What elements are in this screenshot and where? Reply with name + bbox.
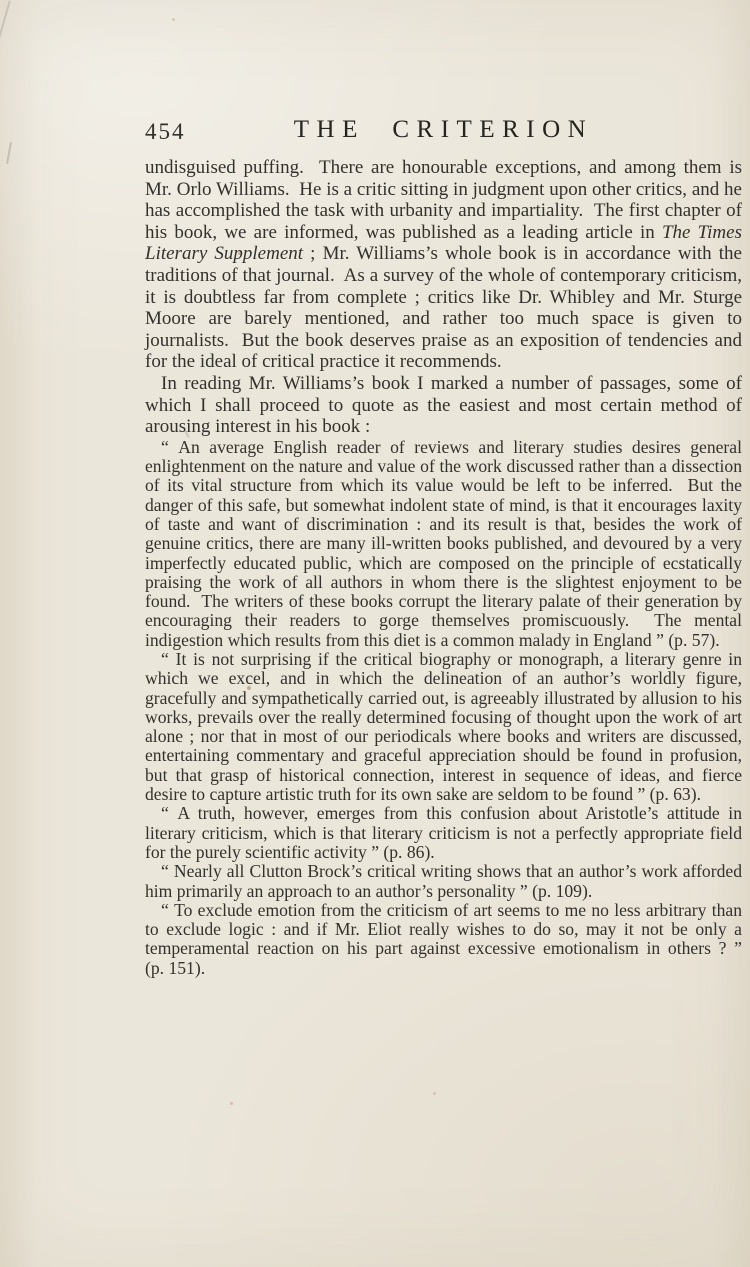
text-run: “ To exclude emotion from the criticism …	[145, 900, 742, 978]
scan-scratch	[0, 1, 11, 42]
book-page: 454 THE CRITERION undisguised puffing. T…	[0, 0, 750, 1267]
paper-speck	[433, 1092, 436, 1095]
text-run: “ Nearly all Clutton Brock’s critical wr…	[145, 861, 742, 900]
page-header: 454 THE CRITERION	[145, 116, 742, 150]
scan-scratch	[6, 142, 12, 164]
body-paragraph: undisguised puffing. There are honourabl…	[145, 157, 742, 373]
quoted-passage: “ An average English reader of reviews a…	[145, 438, 742, 650]
text-run: “ An average English reader of reviews a…	[145, 437, 742, 650]
paper-speck	[230, 1102, 233, 1105]
quoted-passage: “ A truth, however, emerges from this co…	[145, 804, 742, 862]
quoted-passage: “ It is not surprising if the critical b…	[145, 650, 742, 804]
text-run: “ A truth, however, emerges from this co…	[145, 803, 742, 862]
quoted-passage: “ To exclude emotion from the criticism …	[145, 901, 742, 978]
page-text: undisguised puffing. There are honourabl…	[145, 157, 742, 978]
text-run: undisguised puffing. There are honourabl…	[145, 157, 742, 243]
text-run: “ It is not surprising if the critical b…	[145, 649, 742, 804]
paper-speck	[172, 18, 175, 21]
page-number: 454	[145, 119, 186, 145]
body-paragraph: In reading Mr. Williams’s book I marked …	[145, 373, 742, 438]
quoted-passage: “ Nearly all Clutton Brock’s critical wr…	[145, 862, 742, 901]
text-run: In reading Mr. Williams’s book I marked …	[145, 373, 742, 437]
journal-title: THE CRITERION	[145, 116, 742, 144]
